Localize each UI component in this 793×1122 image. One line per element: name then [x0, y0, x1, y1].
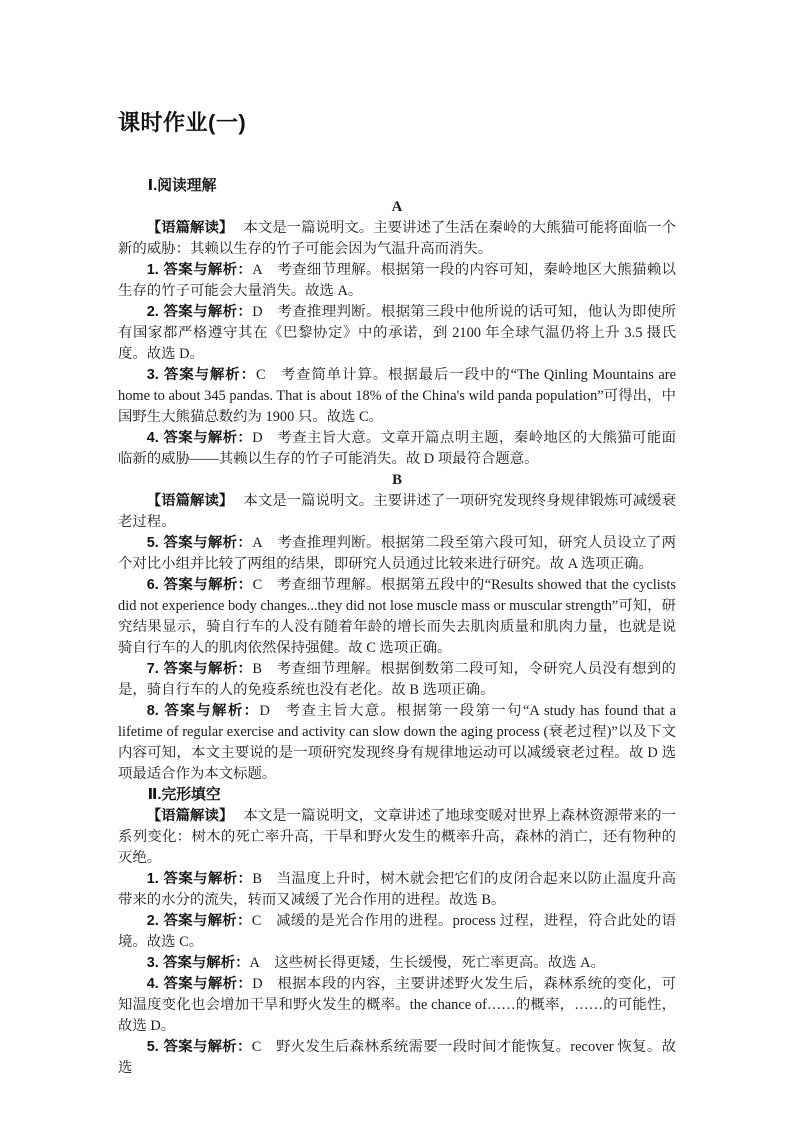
- item-number: 5.: [147, 1039, 159, 1055]
- answer-item-3: 3.答案与解析：C考查简单计算。根据最后一段中的“The Qinling Mou…: [118, 365, 676, 428]
- passage-label-b: B: [118, 470, 676, 491]
- item-number: 3.: [147, 367, 159, 383]
- answer-explanation: 这些树长得更矮，生长缓慢，死亡率更高。故选 A。: [274, 955, 605, 971]
- passage-intro-a: 【语篇解读】本文是一篇说明文。主要讲述了生活在秦岭的大熊猫可能将面临一个新的威胁…: [118, 218, 676, 260]
- answer-label: 答案与解析：: [163, 535, 252, 551]
- intro-label: 【语篇解读】: [147, 493, 234, 509]
- answer-letter: A: [249, 955, 259, 971]
- answer-item-4: 4.答案与解析：D考查主旨大意。文章开篇点明主题，秦岭地区的大熊猫可能面临新的威…: [118, 428, 676, 470]
- answer-letter: C: [252, 913, 262, 929]
- cloze-item-5: 5.答案与解析：C野火发生后森林系统需要一段时间才能恢复。recover 恢复。…: [118, 1037, 676, 1079]
- item-number: 8.: [147, 703, 159, 719]
- answer-letter: D: [252, 976, 262, 992]
- cloze-intro: 【语篇解读】本文是一篇说明文，文章讲述了地球变暖对世界上森林资源带来的一系列变化…: [118, 806, 676, 869]
- answer-label: 答案与解析：: [163, 976, 252, 992]
- answer-label: 答案与解析：: [163, 367, 256, 383]
- answer-letter: A: [252, 262, 262, 278]
- answer-label: 答案与解析：: [163, 304, 252, 320]
- item-number: 4.: [147, 976, 159, 992]
- answer-letter: B: [252, 661, 262, 677]
- page-title: 课时作业(一): [118, 110, 676, 136]
- passage-intro-b: 【语篇解读】本文是一篇说明文。主要讲述了一项研究发现终身规律锻炼可减缓衰老过程。: [118, 491, 676, 533]
- item-number: 5.: [147, 535, 159, 551]
- answer-letter: B: [252, 871, 262, 887]
- answer-label: 答案与解析：: [163, 661, 252, 677]
- item-number: 4.: [147, 430, 159, 446]
- answer-item-6: 6.答案与解析：C考查细节理解。根据第五段中的“Results showed t…: [118, 575, 676, 659]
- answer-letter: A: [252, 535, 262, 551]
- section-heading-reading: Ⅰ.阅读理解: [118, 176, 676, 197]
- answer-letter: C: [253, 577, 263, 593]
- answer-label: 答案与解析：: [163, 430, 252, 446]
- answer-letter: D: [259, 703, 269, 719]
- answer-label: 答案与解析：: [163, 913, 252, 929]
- intro-label: 【语篇解读】: [147, 808, 234, 824]
- answer-item-2: 2.答案与解析：D考查推理判断。根据第三段中他所说的话可知，他认为即使所有国家都…: [118, 302, 676, 365]
- cloze-item-2: 2.答案与解析：C减缓的是光合作用的进程。process 过程，进程，符合此处的…: [118, 911, 676, 953]
- answer-label: 答案与解析：: [163, 871, 252, 887]
- item-number: 2.: [147, 304, 159, 320]
- answer-item-7: 7.答案与解析：B考查细节理解。根据倒数第二段可知，令研究人员没有想到的是，骑自…: [118, 659, 676, 701]
- document-page: 课时作业(一) Ⅰ.阅读理解 A 【语篇解读】本文是一篇说明文。主要讲述了生活在…: [0, 0, 793, 1122]
- cloze-item-3: 3.答案与解析：A这些树长得更矮，生长缓慢，死亡率更高。故选 A。: [118, 953, 676, 974]
- page-content: 课时作业(一) Ⅰ.阅读理解 A 【语篇解读】本文是一篇说明文。主要讲述了生活在…: [0, 0, 793, 1079]
- item-number: 1.: [147, 262, 159, 278]
- answer-label: 答案与解析：: [163, 1039, 252, 1055]
- intro-label: 【语篇解读】: [147, 220, 234, 236]
- answer-label: 答案与解析：: [163, 955, 249, 971]
- item-number: 7.: [147, 661, 159, 677]
- answer-label: 答案与解析：: [163, 703, 259, 719]
- cloze-item-4: 4.答案与解析：D根据本段的内容，主要讲述野火发生后，森林系统的变化，可知温度变…: [118, 974, 676, 1037]
- answer-item-1: 1.答案与解析：A考查细节理解。根据第一段的内容可知，秦岭地区大熊猫赖以生存的竹…: [118, 260, 676, 302]
- cloze-item-1: 1.答案与解析：B当温度上升时，树木就会把它们的皮闭合起来以防止温度升高带来的水…: [118, 869, 676, 911]
- answer-letter: C: [252, 1039, 262, 1055]
- item-number: 2.: [147, 913, 159, 929]
- passage-label-a: A: [118, 197, 676, 218]
- item-number: 1.: [147, 871, 159, 887]
- answer-label: 答案与解析：: [163, 577, 252, 593]
- answer-letter: C: [256, 367, 266, 383]
- answer-item-8: 8.答案与解析：D考查主旨大意。根据第一段第一句“A study has fou…: [118, 701, 676, 785]
- section-heading-cloze: Ⅱ.完形填空: [118, 785, 676, 806]
- item-number: 6.: [147, 577, 159, 593]
- answer-letter: D: [252, 430, 262, 446]
- answer-item-5: 5.答案与解析：A考查推理判断。根据第二段至第六段可知，研究人员设立了两个对比小…: [118, 533, 676, 575]
- answer-letter: D: [252, 304, 262, 320]
- item-number: 3.: [147, 955, 159, 971]
- answer-label: 答案与解析：: [163, 262, 252, 278]
